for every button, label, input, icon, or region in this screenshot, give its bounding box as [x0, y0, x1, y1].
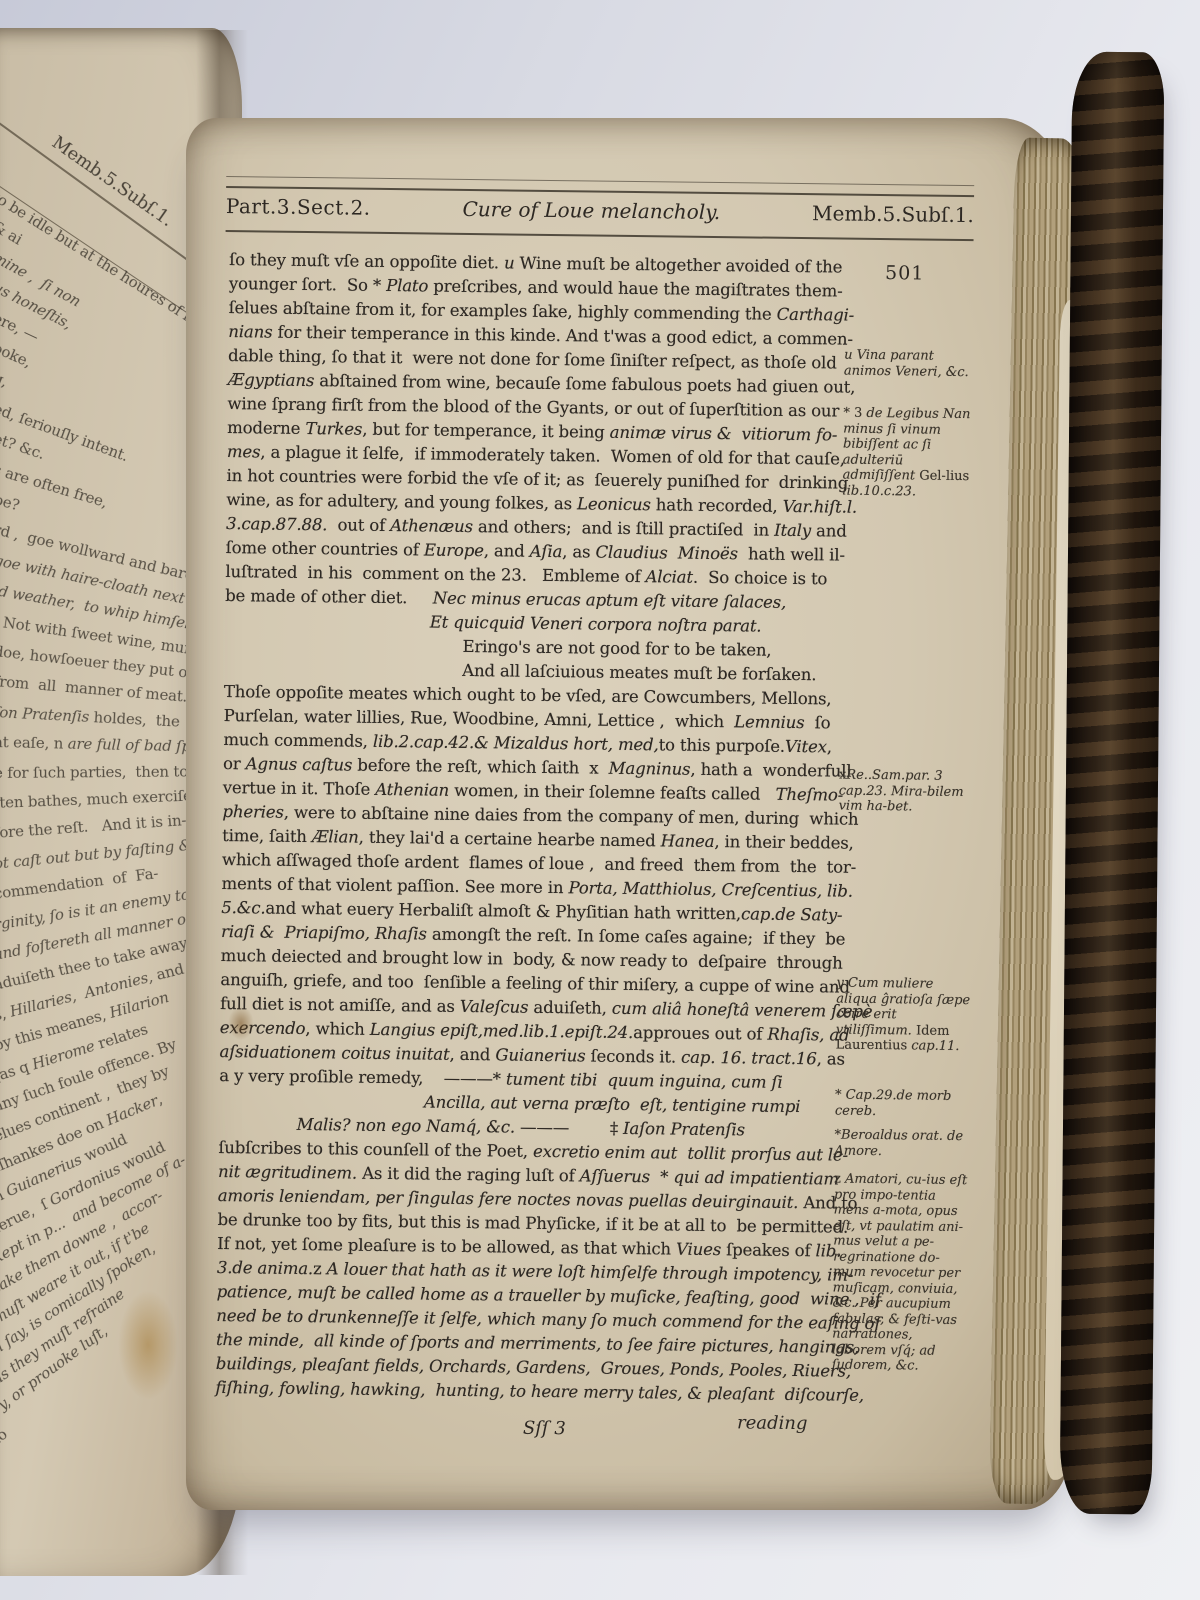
header-title: Cure of Loue melancholy. — [370, 196, 812, 225]
margin-notes: u Vina parant animos Veneri, &c.* 3 de L… — [847, 126, 981, 128]
running-header: Part.3.Sect.2. Cure of Loue melancholy. … — [226, 194, 974, 227]
header-part: Part.3.Sect.2. — [226, 194, 371, 220]
right-page: Part.3.Sect.2. Cure of Loue melancholy. … — [186, 118, 1070, 1510]
header-rule-bottom — [226, 230, 974, 241]
header-memb: Memb.5.Subſ.1. — [812, 201, 974, 227]
left-page-fragment: be? — [0, 490, 21, 514]
left-page-fragment: ſon Pratenſis holdes, the — [0, 703, 180, 731]
left-page-fragment: ſo — [0, 1426, 11, 1449]
left-page-fragment: ot caſt out but by faſting & — [0, 836, 193, 873]
left-page-fragment: at eaſe, n are full of bad ſpi- — [0, 733, 201, 756]
right-page-surface: Part.3.Sect.2. Cure of Loue melancholy. … — [170, 118, 1071, 1521]
left-page-fragment: ften bathes, much exerciſe — [0, 787, 192, 812]
page-number: 501 — [885, 262, 925, 284]
book-photo: Memb.5.Subſ.1. to be idle but at the hou… — [0, 0, 1200, 1600]
catchword: reading — [737, 1412, 808, 1434]
margin-note: * Cap.29.de morb cereb. — [835, 1088, 969, 1121]
left-page-header-fragment: Memb.5.Subſ.1. — [48, 132, 177, 231]
margin-note: z Amatori, cu-ius eſt pro impo-tentia me… — [832, 1172, 968, 1375]
margin-note: * 3 de Legibus Nan minus ſi vinum bibiſſ… — [842, 406, 977, 501]
margin-note: xRe..Sam.par. 3 cap.23. Mira-bilem vim h… — [839, 768, 974, 816]
paper-stain — [118, 1290, 178, 1400]
signature-mark: Sſſ 3 — [523, 1418, 566, 1440]
margin-note: y Cum muliere aliqua ĝratioſa ſæpe coir… — [836, 976, 971, 1055]
margin-note: u Vina parant animos Veneri, &c. — [844, 348, 978, 381]
left-page-fragment: g, — [0, 369, 10, 391]
left-page-fragment: e for ſuch parties, then to — [0, 762, 188, 781]
header-rule-top-thin — [226, 176, 974, 186]
left-page-fragment: fore the reſt. And it is in- — [0, 811, 187, 842]
book-cover-spine — [1060, 52, 1165, 1515]
margin-note: *Beroaldus orat. de Amore. — [834, 1128, 968, 1161]
body-lines: ſo they muſt vſe an oppoſite diet. u Win… — [215, 248, 849, 1407]
